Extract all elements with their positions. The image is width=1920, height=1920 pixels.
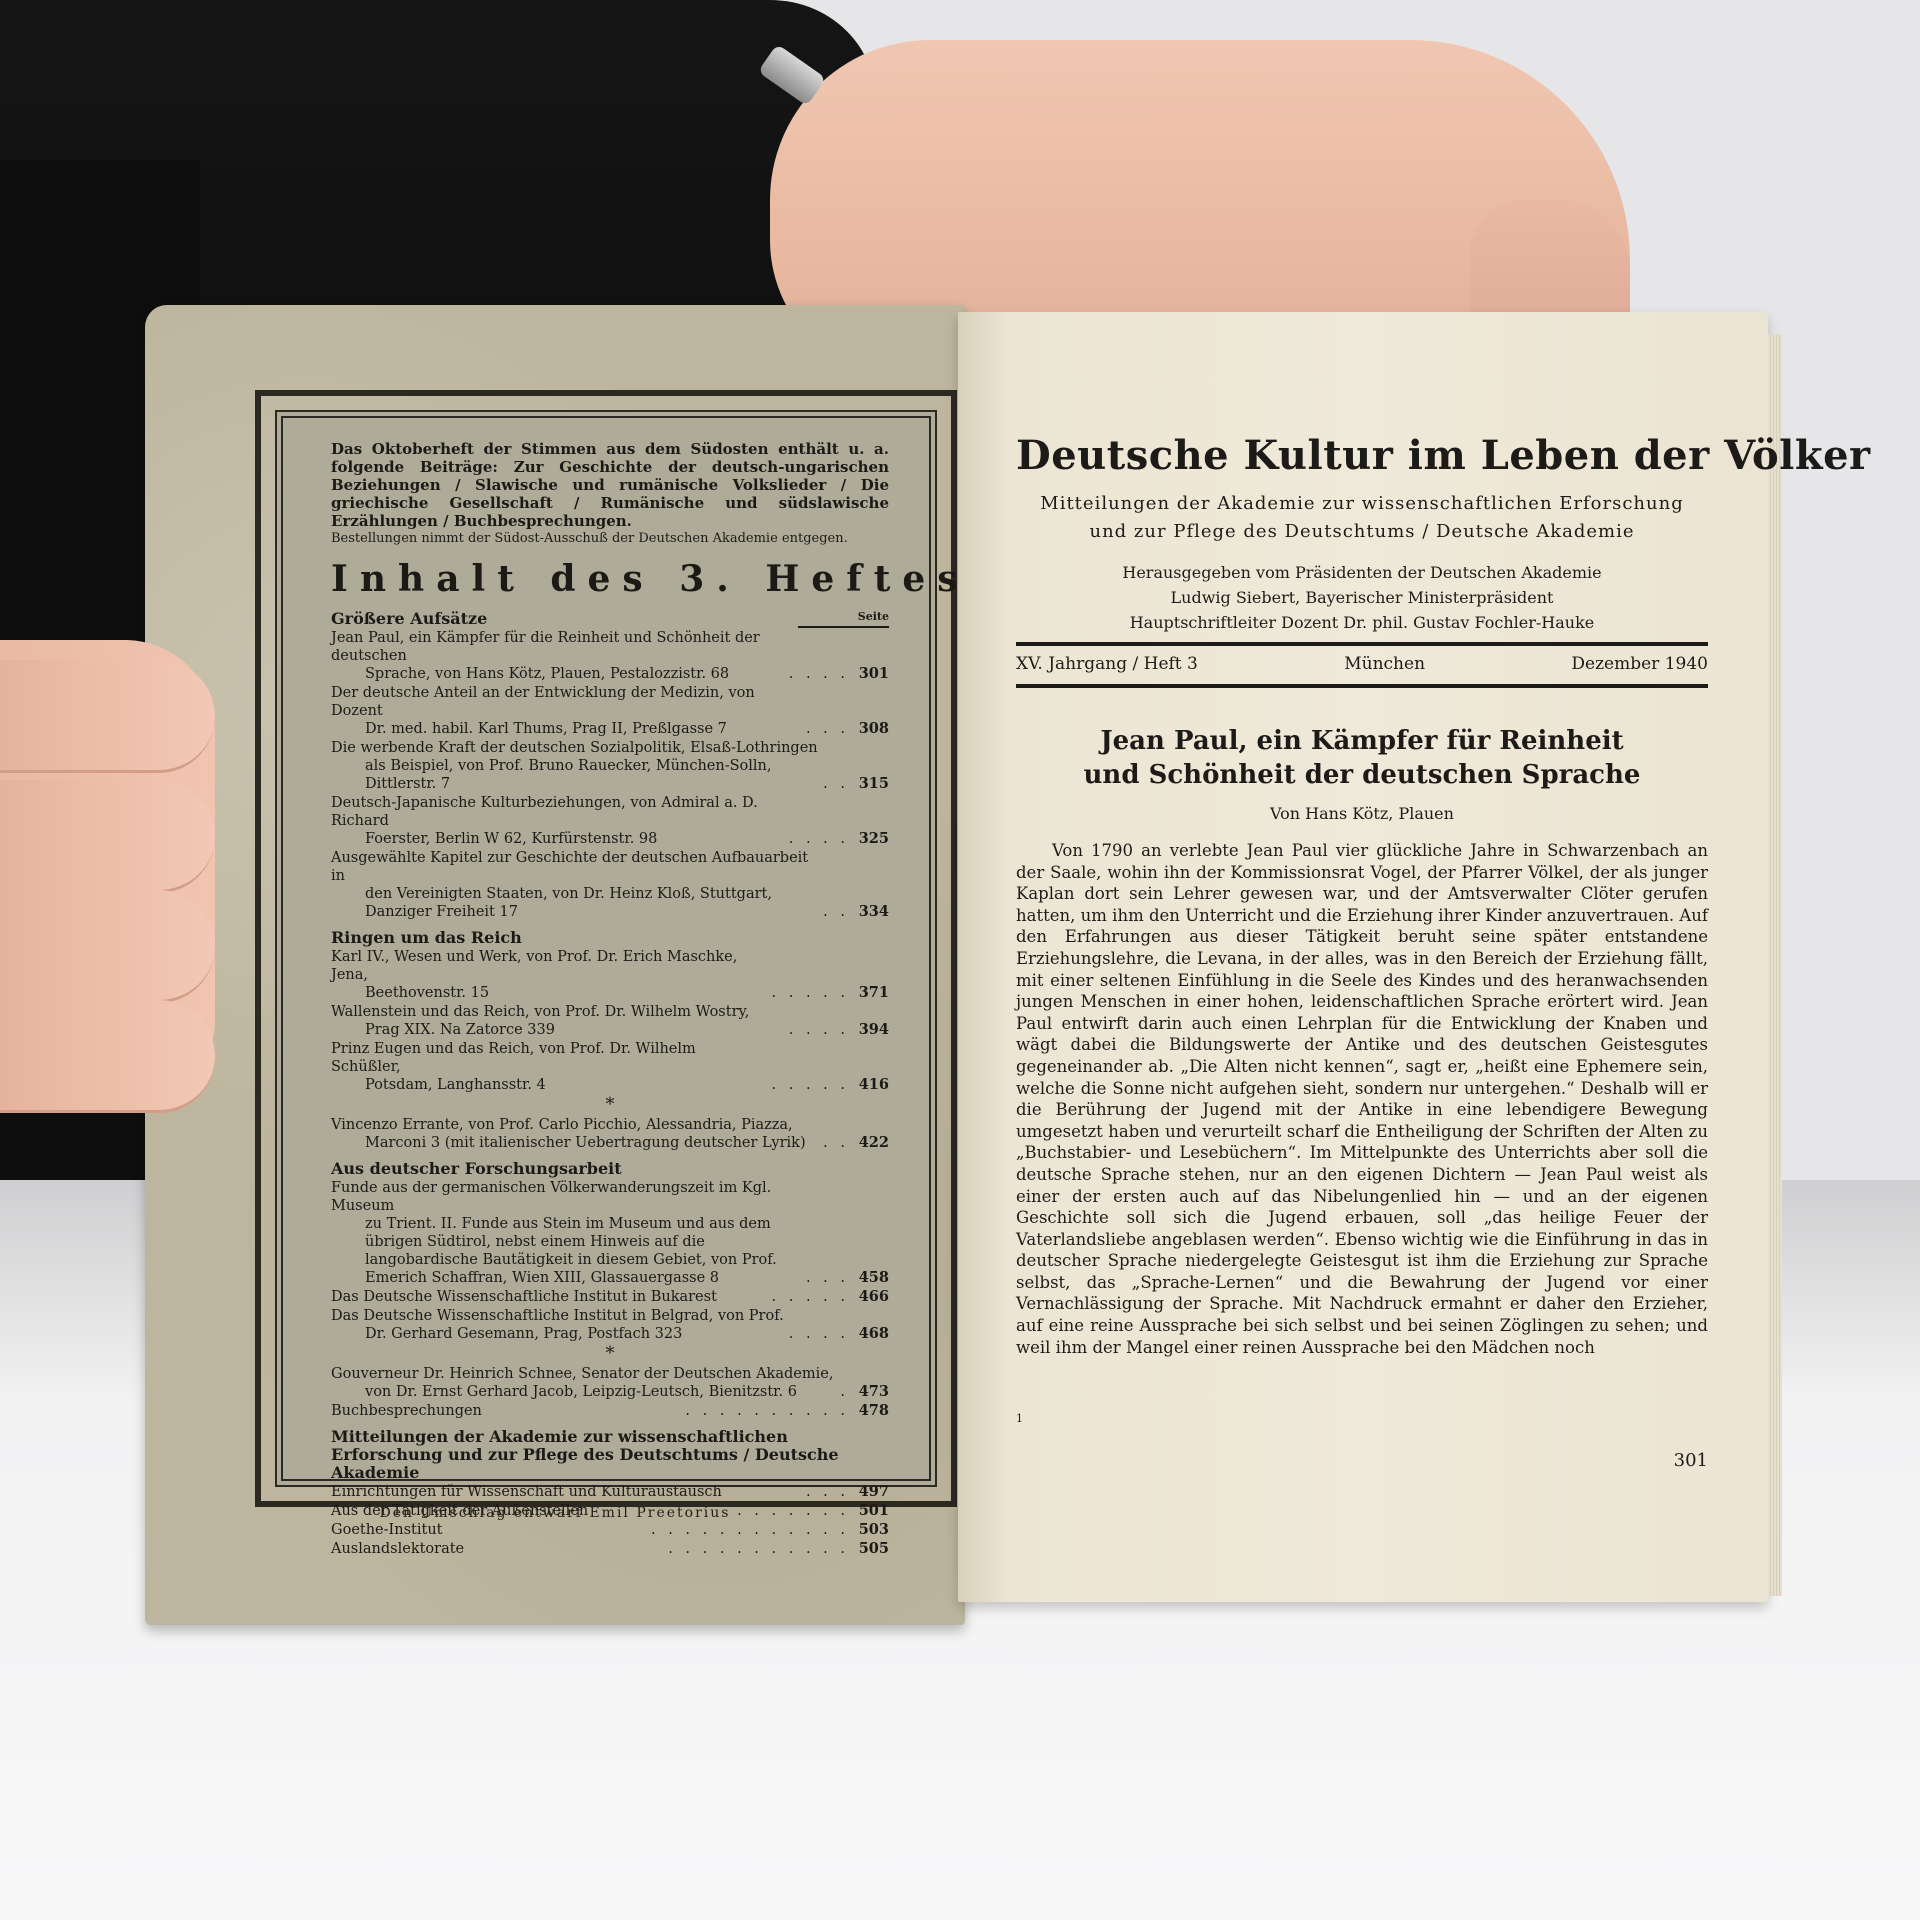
toc-entry: Die werbende Kraft der deutschen Sozialp… (331, 739, 889, 793)
toc-entry: Jean Paul, ein Kämpfer für die Reinheit … (331, 629, 889, 683)
dot-leader: . . . . (785, 1021, 853, 1039)
toc-frame: Das Oktoberheft der Stimmen aus dem Südo… (255, 390, 957, 1507)
toc-entry: Wallenstein und das Reich, von Prof. Dr.… (331, 1003, 889, 1039)
dot-leader: . . . . . (768, 984, 853, 1002)
toc-entry: Das Deutsche Wissenschaftliche Institut … (331, 1307, 889, 1343)
entry-line1: Prinz Eugen und das Reich, von Prof. Dr.… (331, 1041, 696, 1075)
dot-leader: . . (819, 775, 853, 793)
publisher-block: Herausgegeben vom Präsidenten der Deutsc… (1016, 560, 1708, 635)
subtitle-line-2: und zur Pflege des Deutschtums / Deutsch… (1016, 518, 1708, 546)
article-title-line-1: Jean Paul, ein Kämpfer für Reinheit (1016, 724, 1708, 758)
entry-page: 466 (853, 1288, 889, 1306)
entry-line1: Jean Paul, ein Kämpfer für die Reinheit … (331, 630, 760, 664)
dot-leader: . . . . (785, 830, 853, 848)
entry-page: 371 (853, 984, 889, 1002)
dot-leader: . . . . . . . . . . . (664, 1540, 853, 1558)
toc-entry: Der deutsche Anteil an der Entwicklung d… (331, 684, 889, 738)
entry-line2: Sprache, von Hans Kötz, Plauen, Pestaloz… (331, 665, 785, 683)
entry-line1: Funde aus der germanischen Völkerwanderu… (331, 1180, 771, 1214)
entry-line1: Die werbende Kraft der deutschen Sozialp… (331, 740, 818, 756)
entry-line1: Gouverneur Dr. Heinrich Schnee, Senator … (331, 1366, 833, 1382)
dot-leader: . . . (802, 1483, 853, 1501)
publisher-line-3: Hauptschriftleiter Dozent Dr. phil. Gust… (1016, 610, 1708, 635)
toc-title: Inhalt des 3. Heftes (331, 558, 889, 600)
toc-entry: Gouverneur Dr. Heinrich Schnee, Senator … (331, 1365, 889, 1401)
entry-page: 497 (853, 1483, 889, 1501)
journal-title: Deutsche Kultur im Leben der Völker (1016, 432, 1708, 479)
entry-page: 315 (853, 775, 889, 793)
entry-line2: von Dr. Ernst Gerhard Jacob, Leipzig-Leu… (331, 1383, 836, 1401)
section-heading-text: Größere Aufsätze (331, 610, 487, 628)
dot-leader: . . . . . (768, 1288, 853, 1306)
dot-leader: . . . . . . . . . . (681, 1402, 853, 1420)
entry-line1: Deutsch-Japanische Kulturbeziehungen, vo… (331, 795, 758, 829)
entry-line1: Wallenstein und das Reich, von Prof. Dr.… (331, 1004, 749, 1020)
left-hand (0, 640, 215, 1110)
toc-entry: Prinz Eugen und das Reich, von Prof. Dr.… (331, 1040, 889, 1094)
toc-entry: Deutsch-Japanische Kulturbeziehungen, vo… (331, 794, 889, 848)
finger (0, 660, 215, 773)
finger (0, 780, 215, 893)
toc-entry: Einrichtungen für Wissenschaft und Kultu… (331, 1483, 889, 1501)
entry-line2: als Beispiel, von Prof. Bruno Rauecker, … (331, 757, 819, 793)
seite-label: Seite (798, 608, 889, 628)
issue-volume: XV. Jahrgang / Heft 3 (1016, 654, 1198, 674)
masthead-rule-bottom (1016, 684, 1708, 688)
entry-line2: Potsdam, Langhansstr. 4 (331, 1076, 768, 1094)
entry-line2: Dr. med. habil. Karl Thums, Prag II, Pre… (331, 720, 802, 738)
entry-page: 325 (853, 830, 889, 848)
entry-line1: Der deutsche Anteil an der Entwicklung d… (331, 685, 755, 719)
dot-leader: . . . . (785, 1325, 853, 1343)
dot-leader: . . . . (785, 665, 853, 683)
entry-line1: Das Deutsche Wissenschaftliche Institut … (331, 1289, 717, 1305)
entry-line1: Vincenzo Errante, von Prof. Carlo Picchi… (331, 1117, 793, 1133)
page-number: 301 (1016, 1450, 1708, 1471)
dot-leader: . . . (802, 720, 853, 738)
toc-entry: Das Deutsche Wissenschaftliche Institut … (331, 1288, 889, 1306)
issue-place: München (1344, 654, 1425, 674)
toc-entry: Goethe-Institut . . . . . . . . . . . . … (331, 1521, 889, 1539)
entry-line2: Dr. Gerhard Gesemann, Prag, Postfach 323 (331, 1325, 785, 1343)
toc-entry: Vincenzo Errante, von Prof. Carlo Picchi… (331, 1116, 889, 1152)
dot-leader: . . (819, 903, 853, 921)
toc-frame-inner: Das Oktoberheft der Stimmen aus dem Südo… (275, 410, 937, 1487)
entry-page: 458 (853, 1269, 889, 1287)
entry-line2: Beethovenstr. 15 (331, 984, 768, 1002)
toc-section-heading: Ringen um das Reich (331, 929, 889, 947)
publisher-line-2: Ludwig Siebert, Bayerischer Ministerpräs… (1016, 585, 1708, 610)
entry-line1: Ausgewählte Kapitel zur Geschichte der d… (331, 850, 808, 884)
entry-page: 394 (853, 1021, 889, 1039)
dot-leader: . . . (802, 1269, 853, 1287)
entry-line2: Marconi 3 (mit italienischer Uebertragun… (331, 1134, 819, 1152)
entry-page: 301 (853, 665, 889, 683)
dot-leader: . (836, 1383, 853, 1401)
entry-line2: den Vereinigten Staaten, von Dr. Heinz K… (331, 885, 819, 921)
entry-line1: Einrichtungen für Wissenschaft und Kultu… (331, 1484, 722, 1500)
october-issue-notice: Das Oktoberheft der Stimmen aus dem Südo… (331, 440, 889, 530)
entry-page: 473 (853, 1383, 889, 1401)
toc-entry: Funde aus der germanischen Völkerwanderu… (331, 1179, 889, 1287)
entry-line2: Foerster, Berlin W 62, Kurfürstenstr. 98 (331, 830, 785, 848)
masthead-rule-top (1016, 642, 1708, 646)
entry-line2: Prag XIX. Na Zatorce 339 (331, 1021, 785, 1039)
entry-line1: Auslandslektorate (331, 1541, 464, 1557)
page-stack-edge (1768, 334, 1782, 1596)
section-separator-asterisk: * (331, 1096, 889, 1114)
section-separator-asterisk: * (331, 1345, 889, 1363)
entry-page: 478 (853, 1402, 889, 1420)
entry-page: 416 (853, 1076, 889, 1094)
journal-subtitle: Mitteilungen der Akademie zur wissenscha… (1016, 490, 1708, 546)
entry-line1: Karl IV., Wesen und Werk, von Prof. Dr. … (331, 949, 737, 983)
dot-leader: . . (819, 1134, 853, 1152)
article-title: Jean Paul, ein Kämpfer für Reinheit und … (1016, 724, 1708, 792)
toc-entry: Buchbesprechungen . . . . . . . . . . 47… (331, 1402, 889, 1420)
toc-section-heading: Größere Aufsätze Seite (331, 608, 889, 628)
entry-line1: Buchbesprechungen (331, 1403, 482, 1419)
article-author: Von Hans Kötz, Plauen (1016, 804, 1708, 823)
finger (0, 1000, 215, 1113)
entry-page: 422 (853, 1134, 889, 1152)
toc-entry: Ausgewählte Kapitel zur Geschichte der d… (331, 849, 889, 921)
section-heading-text: Aus deutscher Forschungsarbeit (331, 1160, 622, 1178)
right-page-article: Deutsche Kultur im Leben der Völker Mitt… (958, 312, 1768, 1602)
section-heading-text: Mitteilungen der Akademie zur wissenscha… (331, 1428, 889, 1482)
issue-bar: XV. Jahrgang / Heft 3 München Dezember 1… (1016, 654, 1708, 674)
toc-entry: Karl IV., Wesen und Werk, von Prof. Dr. … (331, 948, 889, 1002)
dot-leader: . . . . . . . . . . . . (647, 1521, 853, 1539)
article-title-line-2: und Schönheit der deutschen Sprache (1016, 758, 1708, 792)
toc-entry: Auslandslektorate . . . . . . . . . . . … (331, 1540, 889, 1558)
left-page-inner-cover: Das Oktoberheft der Stimmen aus dem Südo… (145, 305, 965, 1625)
entry-page: 505 (853, 1540, 889, 1558)
entry-page: 308 (853, 720, 889, 738)
entry-line1: Goethe-Institut (331, 1522, 443, 1538)
footnote-signature-mark: 1 (1016, 1412, 1708, 1425)
finger (0, 890, 215, 1003)
cover-credit: Den Umschlag entwarf Emil Preetorius (145, 1505, 965, 1521)
dot-leader: . . . . . (768, 1076, 853, 1094)
entry-page: 334 (853, 903, 889, 921)
section-heading-text: Ringen um das Reich (331, 929, 522, 947)
toc-section-heading: Aus deutscher Forschungsarbeit (331, 1160, 889, 1178)
issue-date: Dezember 1940 (1571, 654, 1708, 674)
publisher-line-1: Herausgegeben vom Präsidenten der Deutsc… (1016, 560, 1708, 585)
order-note: Bestellungen nimmt der Südost-Ausschuß d… (331, 530, 889, 548)
entry-line2: zu Trient. II. Funde aus Stein im Museum… (331, 1215, 802, 1287)
entry-line1: Das Deutsche Wissenschaftliche Institut … (331, 1308, 784, 1324)
toc-section-heading: Mitteilungen der Akademie zur wissenscha… (331, 1428, 889, 1482)
entry-page: 503 (853, 1521, 889, 1539)
article-body: Von 1790 an verlebte Jean Paul vier glüc… (1016, 840, 1708, 1358)
subtitle-line-1: Mitteilungen der Akademie zur wissenscha… (1016, 490, 1708, 518)
table-of-contents: Das Oktoberheft der Stimmen aus dem Südo… (331, 440, 889, 1559)
entry-page: 468 (853, 1325, 889, 1343)
